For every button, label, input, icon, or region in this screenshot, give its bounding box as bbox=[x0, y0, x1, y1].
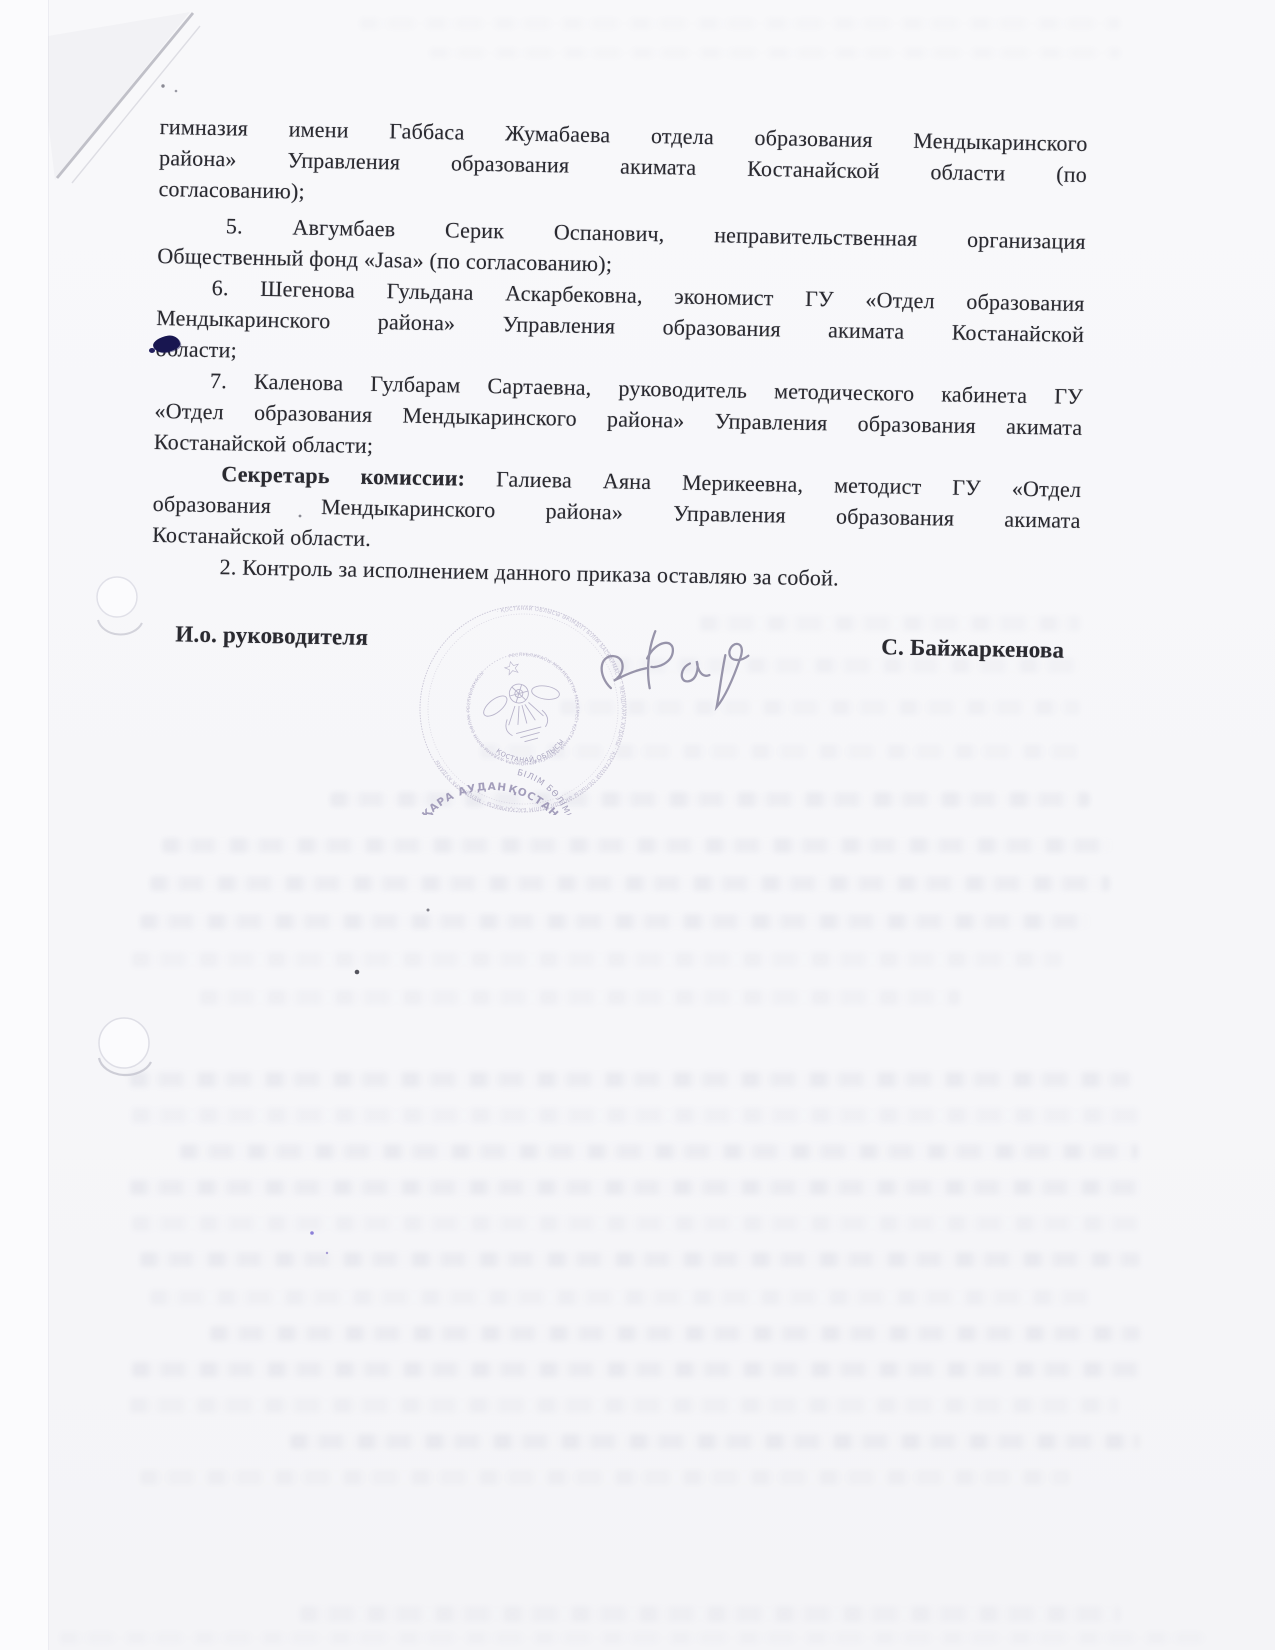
bleed-through-line bbox=[200, 990, 960, 1005]
bleed-through-line bbox=[210, 1326, 1140, 1341]
paragraph: 6. Шегенова Гульдана Аскарбековна, эконо… bbox=[155, 271, 1085, 381]
ink-speck bbox=[175, 90, 178, 93]
document-text: гимназия имени Габбаса Жумабаева отдела … bbox=[150, 111, 1088, 666]
bleed-through-line bbox=[130, 1180, 1140, 1195]
ink-speck bbox=[161, 84, 164, 87]
bleed-through-line bbox=[150, 876, 1110, 891]
ink-speck bbox=[355, 970, 360, 975]
bleed-through-line bbox=[180, 1144, 1138, 1159]
binder-hole bbox=[99, 1018, 149, 1068]
bleed-through-line bbox=[130, 1072, 1130, 1087]
stamp-bottom-arc: ҚОСТАНАЙ ОБЛЫСЫ bbox=[493, 730, 569, 773]
bleed-through-line bbox=[132, 1216, 1138, 1231]
signature-name: С. Байжаркенова bbox=[881, 631, 1065, 665]
scanned-page: гимназия имени Габбаса Жумабаева отдела … bbox=[0, 0, 1275, 1650]
svg-text:ҚОСТАНАЙ ОБЛЫСЫ: ҚОСТАНАЙ ОБЛЫСЫ bbox=[493, 730, 569, 773]
ink-blot-dot bbox=[149, 348, 155, 353]
bleed-through-line bbox=[300, 1606, 1120, 1622]
bleed-through-line bbox=[140, 1470, 1070, 1485]
signature-role: И.о. руководителя bbox=[175, 618, 368, 653]
bleed-through-line bbox=[430, 48, 1120, 58]
ink-speck bbox=[427, 909, 430, 912]
binder-hole bbox=[97, 577, 137, 617]
bleed-through-line bbox=[132, 952, 1062, 967]
paragraph: гимназия имени Габбаса Жумабаева отдела … bbox=[158, 111, 1088, 221]
paragraph: Секретарь комиссии: Галиева Аяна Мерикее… bbox=[152, 457, 1082, 567]
bleed-through-line bbox=[290, 1434, 1140, 1449]
bleed-through-line bbox=[150, 1290, 1090, 1305]
binder-hole-shadow bbox=[98, 620, 142, 634]
bleed-through-line bbox=[140, 1252, 1140, 1267]
bleed-through-line bbox=[130, 1398, 1118, 1413]
bleed-through-line bbox=[162, 838, 1112, 853]
paragraph: 7. Каленова Гулбарам Сартаевна, руководи… bbox=[154, 364, 1084, 474]
bleed-through-line bbox=[60, 1632, 1210, 1644]
scan-left-edge bbox=[0, 0, 49, 1650]
secretary-label: Секретарь комиссии: bbox=[221, 461, 465, 490]
bleed-through-line bbox=[360, 18, 1120, 29]
signature-scrawl bbox=[579, 601, 843, 733]
bleed-through-line bbox=[132, 1108, 1140, 1123]
bleed-through-line bbox=[140, 914, 1090, 929]
ink-speck bbox=[310, 1231, 314, 1235]
bleed-through-line bbox=[132, 1362, 1140, 1377]
